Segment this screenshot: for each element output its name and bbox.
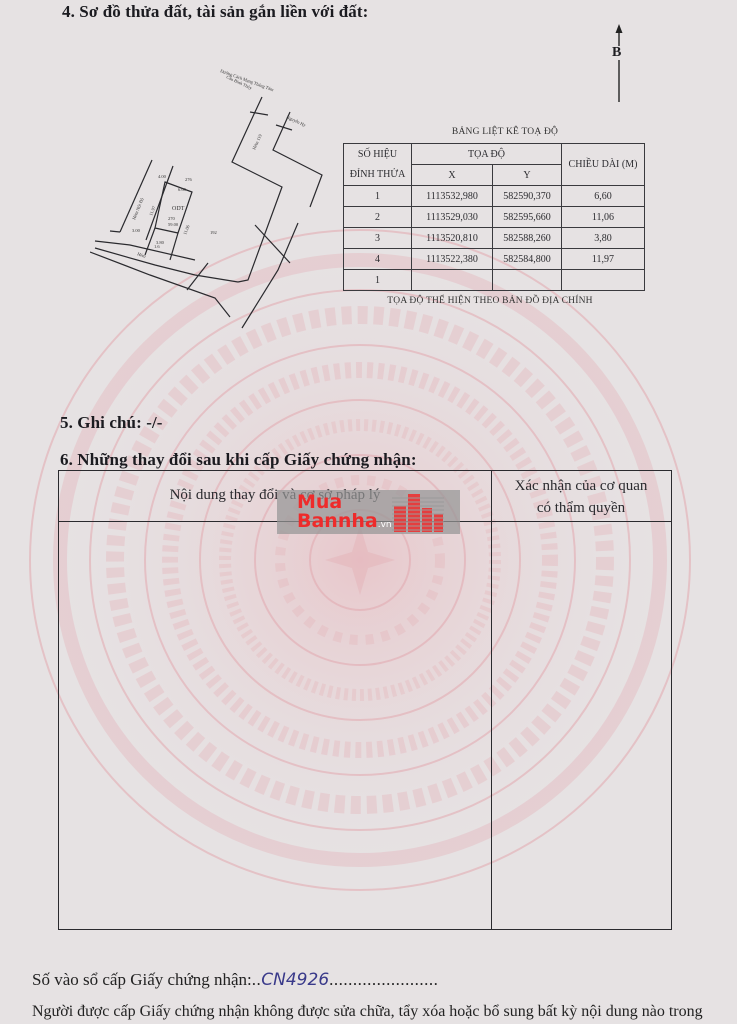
north-arrow: B bbox=[606, 24, 632, 104]
register-value: CN4926 bbox=[261, 970, 329, 990]
table-row: 21113529,030582595,66011,06 bbox=[344, 207, 645, 228]
buildings-icon bbox=[392, 494, 444, 532]
changes-table: Nội dung thay đổi và cơ sở pháp lý Xác n… bbox=[58, 470, 672, 930]
dim-a-label: 4.00 bbox=[158, 174, 167, 179]
footer-notice: Người được cấp Giấy chứng nhận không đượ… bbox=[32, 1003, 703, 1021]
column-divider bbox=[491, 471, 492, 929]
watermark-line2: Bannha.vn bbox=[297, 510, 392, 536]
table-row: 11113532,980582590,3706,60 bbox=[344, 186, 645, 207]
parcel-number-label: 270 bbox=[168, 216, 176, 221]
table-row: 1 bbox=[344, 270, 645, 291]
coord-table-title: BẢNG LIỆT KÊ TOẠ ĐỘ bbox=[380, 127, 630, 137]
header-coords: TỌA ĐỘ bbox=[412, 144, 562, 165]
parcel-sketch: Đường Cách Mạng Tháng Tám Cầu Bình Thủy … bbox=[90, 60, 340, 340]
parcel-type-label: ODT bbox=[172, 206, 185, 212]
header-authority-confirmation: Xác nhận của cơ quan có thẩm quyền bbox=[491, 475, 671, 519]
coord-table: SỐ HIỆU ĐỈNH THỬA TỌA ĐỘ CHIỀU DÀI (M) X… bbox=[343, 143, 645, 291]
section-6-title: 6. Những thay đổi sau khi cấp Giấy chứng… bbox=[60, 450, 417, 470]
dim-b-label: 3.00 bbox=[132, 228, 141, 233]
north-label: B bbox=[612, 46, 621, 60]
dim-top-label: 6.60 bbox=[178, 187, 187, 192]
coord-table-note: TỌA ĐỘ THỂ HIỆN THEO BẢN ĐỒ ĐỊA CHÍNH bbox=[350, 296, 630, 306]
dim-c-label: 1.6 bbox=[154, 244, 160, 249]
arrow-up-icon bbox=[606, 24, 632, 104]
header-vertex: SỐ HIỆU ĐỈNH THỬA bbox=[344, 144, 412, 186]
side-alley-label: Hẻm Nội Bộ bbox=[131, 196, 145, 220]
right-direction-label: Nguyễn Hy bbox=[286, 114, 308, 128]
watermark-logo: Mua Bannha.vn bbox=[277, 490, 460, 534]
section-4-title: 4. Sơ đồ thửa đất, tài sản gắn liền với … bbox=[62, 2, 368, 22]
table-row: 31113520,810582588,2603,80 bbox=[344, 228, 645, 249]
header-length: CHIỀU DÀI (M) bbox=[562, 144, 645, 186]
register-number-line: Số vào sổ cấp Giấy chứng nhận:..CN4926..… bbox=[32, 970, 438, 990]
dim-right-label: 11.06 bbox=[182, 224, 191, 236]
header-y: Y bbox=[493, 165, 562, 186]
watermark-line1: Mua bbox=[297, 492, 342, 512]
table-row: 41113522,380582584,80011,97 bbox=[344, 249, 645, 270]
header-x: X bbox=[412, 165, 493, 186]
neighbor-right-label: 192 bbox=[210, 230, 217, 235]
neighbor-top-label: 276 bbox=[185, 177, 193, 182]
register-label: Số vào sổ cấp Giấy chứng nhận: bbox=[32, 970, 252, 989]
section-5-title: 5. Ghi chú: -/- bbox=[60, 413, 163, 433]
alley-119-label: Hẻm 119 bbox=[251, 133, 263, 151]
parcel-area-label: 59.00 bbox=[168, 222, 179, 227]
